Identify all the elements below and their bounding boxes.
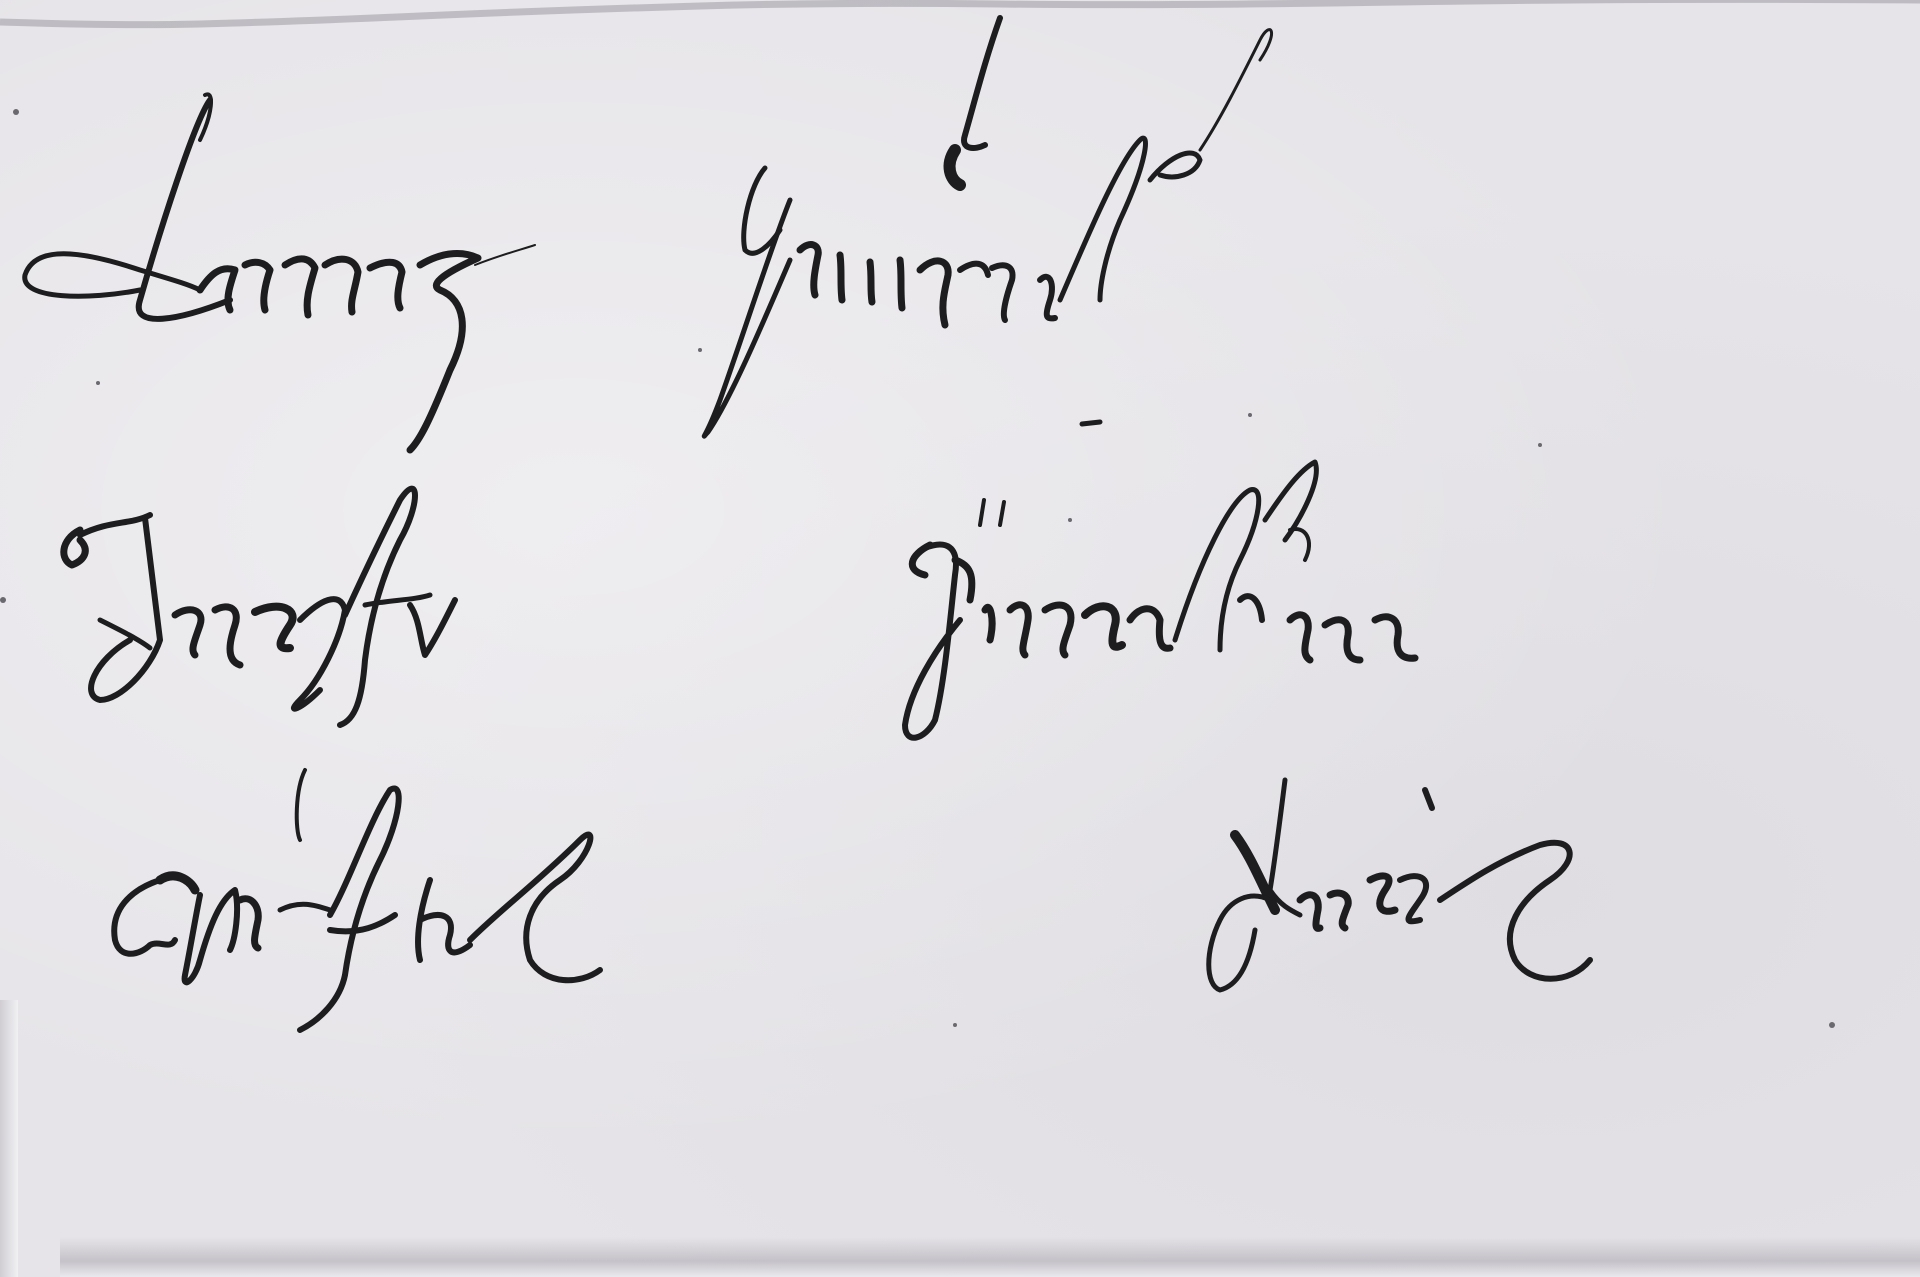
line-2-word-2: Grünwaldin [905, 560, 1440, 665]
line-2-word-1: Josepha [60, 560, 419, 665]
line-3-word-1: Michael [110, 850, 475, 955]
dash-mark [1082, 422, 1100, 424]
line-1-word-2: Grünwald [760, 200, 1208, 305]
line-1-word-1: Lorenz [20, 230, 336, 335]
line-3-word-2: Dinzl [1230, 850, 1465, 955]
document-scan: Lorenz Grünwald Josepha Grünwaldin Micha… [0, 0, 1920, 1277]
